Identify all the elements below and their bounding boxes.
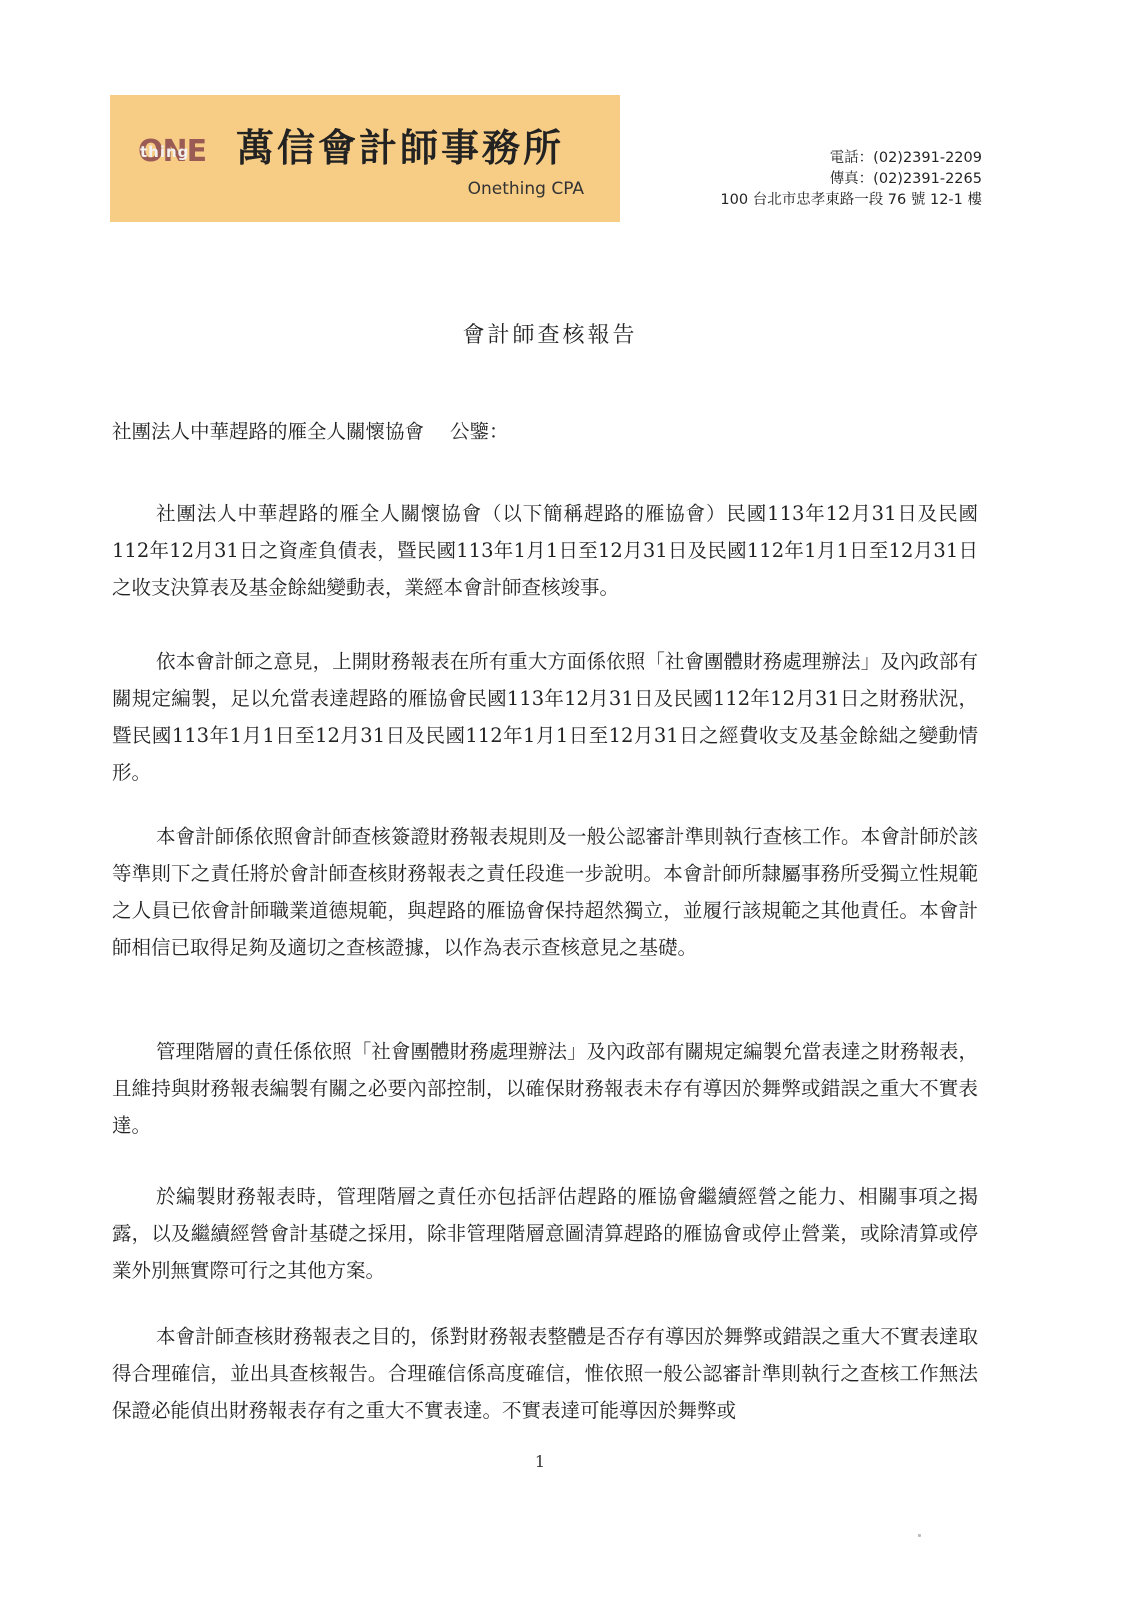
page-number: 1 [0,1452,1080,1471]
salutation: 社團法人中華趕路的雁全人關懷協會公鑒： [112,416,509,444]
logo-word-thing: thing [140,142,189,162]
addressee: 社團法人中華趕路的雁全人關懷協會 [112,420,424,443]
contact-phone: 電話：(02)2391-2209 [720,148,982,169]
contact-block: 電話：(02)2391-2209 傳真：(02)2391-2265 100 台北… [720,148,982,211]
firm-logo-icon: ONE thing [138,133,220,171]
paragraph-scope: 社團法人中華趕路的雁全人關懷協會（以下簡稱趕路的雁協會）民國113年12月31日… [112,495,978,606]
letterhead-banner: ONE thing 萬信會計師事務所 Onething CPA [110,95,620,222]
paragraph-basis: 本會計師係依照會計師查核簽證財務報表規則及一般公認審計準則執行查核工作。本會計師… [112,818,978,966]
contact-address: 100 台北市忠孝東路一段 76 號 12-1 樓 [720,190,982,211]
report-title: 會計師查核報告 [0,318,1100,349]
paragraph-management-responsibility: 管理階層的責任係依照「社會團體財務處理辦法」及內政部有關規定編製允當表達之財務報… [112,1033,978,1144]
paragraph-auditor-responsibility: 本會計師查核財務報表之目的，係對財務報表整體是否存有導因於舞弊或錯誤之重大不實表… [112,1318,978,1429]
paragraph-going-concern: 於編製財務報表時，管理階層之責任亦包括評估趕路的雁協會繼續經營之能力、相關事項之… [112,1178,978,1289]
firm-name-zh: 萬信會計師事務所 [236,123,564,173]
salutation-suffix: 公鑒： [450,420,509,443]
firm-name-en: Onething CPA [468,178,584,200]
paragraph-opinion: 依本會計師之意見，上開財務報表在所有重大方面係依照「社會團體財務處理辦法」及內政… [112,643,978,791]
scan-artifact [918,1534,921,1537]
contact-fax: 傳真：(02)2391-2265 [720,169,982,190]
